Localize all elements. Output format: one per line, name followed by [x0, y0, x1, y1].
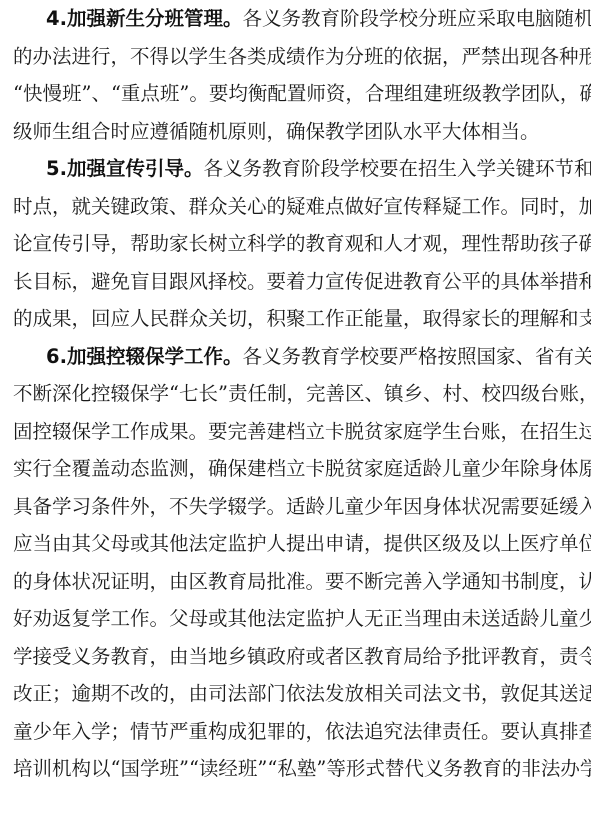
paragraph-6-dropout-control: 6.加强控辍保学工作。各义务教育学校要严格按照国家、省有关要求， 不断深化控辍保… — [13, 338, 581, 788]
paragraph-line: 学接受义务教育，由当地乡镇政府或者区教育局给予批评教育，责令限期 — [13, 638, 581, 676]
paragraph-line: 培训机构以“国学班”“读经班”“私塾”等形式替代义务教育的非法办学 — [13, 750, 581, 788]
paragraph-line: 5.加强宣传引导。各义务教育阶段学校要在招生入学关键环节和关键 — [13, 150, 581, 188]
paragraph-line: 长目标，避免盲目跟风择校。要着力宣传促进教育公平的具体举措和取得 — [13, 263, 581, 301]
paragraph-line: 时点，就关键政策、群众关心的疑难点做好宣传释疑工作。同时，加强舆 — [13, 188, 581, 226]
paragraph-line: 的成果，回应人民群众关切，积聚工作正能量，取得家长的理解和支持。 — [13, 300, 581, 338]
paragraph-text: 各义务教育阶段学校分班应采取电脑随机派位 — [242, 7, 591, 30]
paragraph-text: 各义务教育阶段学校要在招生入学关键环节和关键 — [203, 157, 591, 180]
paragraph-line: 6.加强控辍保学工作。各义务教育学校要严格按照国家、省有关要求， — [13, 338, 581, 376]
paragraph-5-publicity-guidance: 5.加强宣传引导。各义务教育阶段学校要在招生入学关键环节和关键 时点，就关键政策… — [13, 150, 581, 338]
paragraph-line: “快慢班”、“重点班”。要均衡配置师资，合理组建班级教学团队，确定班 — [13, 75, 581, 113]
paragraph-line: 具备学习条件外，不失学辍学。适龄儿童少年因身体状况需要延缓入学的， — [13, 488, 581, 526]
paragraph-line: 童少年入学；情节严重构成犯罪的，依法追究法律责任。要认真排查社会 — [13, 713, 581, 751]
paragraph-line: 的身体状况证明，由区教育局批准。要不断完善入学通知书制度，认真做 — [13, 563, 581, 601]
paragraph-line: 固控辍保学工作成果。要完善建档立卡脱贫家庭学生台账，在招生过程中 — [13, 413, 581, 451]
paragraph-line: 改正；逾期不改的，由司法部门依法发放相关司法文书，敦促其送适龄儿 — [13, 675, 581, 713]
paragraph-line: 不断深化控辍保学“七长”责任制，完善区、镇乡、村、校四级台账，巩 — [13, 375, 581, 413]
paragraph-line: 4.加强新生分班管理。各义务教育阶段学校分班应采取电脑随机派位 — [13, 0, 581, 38]
section-heading: 4.加强新生分班管理。 — [46, 7, 242, 30]
section-heading: 6.加强控辍保学工作。 — [46, 345, 242, 368]
paragraph-line: 好劝返复学工作。父母或其他法定监护人无正当理由未送适龄儿童少年入 — [13, 600, 581, 638]
paragraph-line: 论宣传引导，帮助家长树立科学的教育观和人才观，理性帮助孩子确定成 — [13, 225, 581, 263]
paragraph-line: 的办法进行，不得以学生各类成绩作为分班的依据，严禁出现各种形式的 — [13, 38, 581, 76]
paragraph-4-class-assignment: 4.加强新生分班管理。各义务教育阶段学校分班应采取电脑随机派位 的办法进行，不得… — [13, 0, 581, 150]
section-heading: 5.加强宣传引导。 — [46, 157, 203, 180]
paragraph-line: 级师生组合时应遵循随机原则，确保教学团队水平大体相当。 — [13, 113, 581, 151]
paragraph-line: 实行全覆盖动态监测，确保建档立卡脱贫家庭适龄儿童少年除身体原因不 — [13, 450, 581, 488]
paragraph-line: 应当由其父母或其他法定监护人提出申请，提供区级及以上医疗单位出具 — [13, 525, 581, 563]
paragraph-text: 各义务教育学校要严格按照国家、省有关要求， — [242, 345, 591, 368]
document-page: 4.加强新生分班管理。各义务教育阶段学校分班应采取电脑随机派位 的办法进行，不得… — [13, 0, 581, 788]
